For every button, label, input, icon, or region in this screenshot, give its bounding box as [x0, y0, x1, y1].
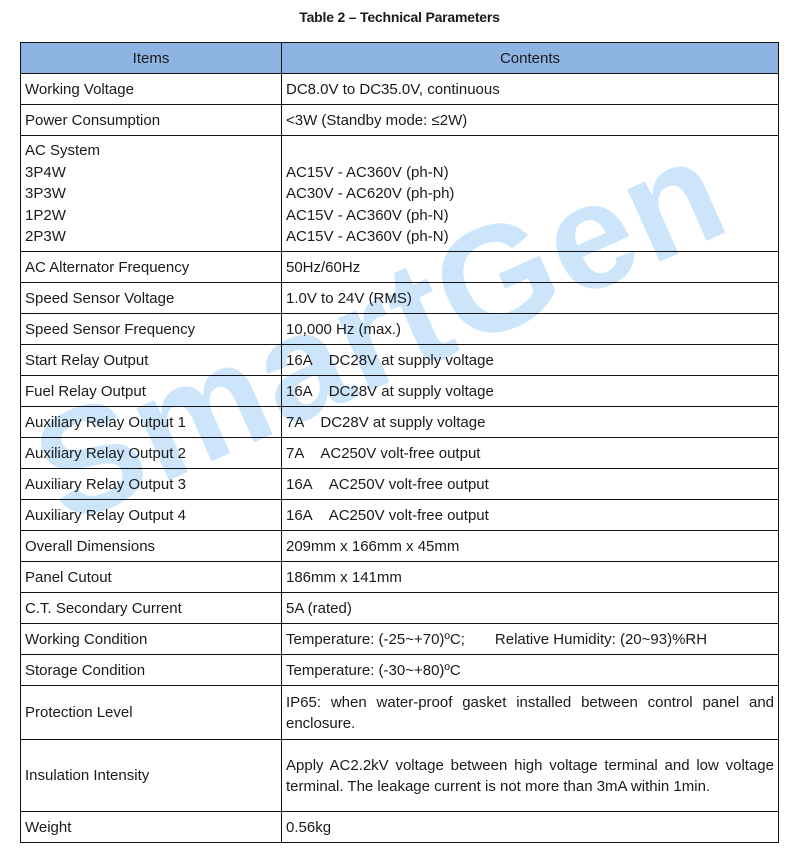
table-row: Weight 0.56kg	[21, 812, 779, 843]
table-row: Auxiliary Relay Output 4 16AAC250V volt-…	[21, 500, 779, 531]
content-cell: 7ADC28V at supply voltage	[282, 407, 779, 438]
content-cell: 16AAC250V volt-free output	[282, 469, 779, 500]
rating: 16A	[286, 352, 313, 369]
content-cell: DC8.0V to DC35.0V, continuous	[282, 74, 779, 105]
rating-detail: DC28V at supply voltage	[329, 352, 494, 369]
technical-parameters-table: Items Contents Working Voltage DC8.0V to…	[20, 42, 779, 843]
content-cell: 16ADC28V at supply voltage	[282, 376, 779, 407]
content-cell: AC15V - AC360V (ph-N) AC30V - AC620V (ph…	[282, 136, 779, 252]
item-cell: Auxiliary Relay Output 4	[21, 500, 282, 531]
sub-item: 3P4W	[25, 162, 277, 184]
content-cell: 16AAC250V volt-free output	[282, 500, 779, 531]
table-row: Panel Cutout 186mm x 141mm	[21, 562, 779, 593]
item-cell: Auxiliary Relay Output 1	[21, 407, 282, 438]
item-cell: Weight	[21, 812, 282, 843]
table-row: Insulation Intensity Apply AC2.2kV volta…	[21, 740, 779, 812]
item-cell: Power Consumption	[21, 105, 282, 136]
content-cell: 16ADC28V at supply voltage	[282, 345, 779, 376]
item-cell: Protection Level	[21, 686, 282, 740]
column-header-contents: Contents	[282, 43, 779, 74]
table-row: Storage Condition Temperature: (-30~+80)…	[21, 655, 779, 686]
sub-content: AC15V - AC360V (ph-N)	[286, 162, 774, 184]
temperature-range: Temperature: (-25~+70)ºC;	[286, 631, 465, 648]
content-cell: 1.0V to 24V (RMS)	[282, 283, 779, 314]
rating: 16A	[286, 507, 313, 524]
table-row: AC Alternator Frequency 50Hz/60Hz	[21, 252, 779, 283]
table-header-row: Items Contents	[21, 43, 779, 74]
item-cell: Panel Cutout	[21, 562, 282, 593]
item-cell: Speed Sensor Frequency	[21, 314, 282, 345]
table-row: Protection Level IP65: when water-proof …	[21, 686, 779, 740]
table-row: Overall Dimensions 209mm x 166mm x 45mm	[21, 531, 779, 562]
item-cell: Working Condition	[21, 624, 282, 655]
sub-item: 3P3W	[25, 183, 277, 205]
table-row: Auxiliary Relay Output 3 16AAC250V volt-…	[21, 469, 779, 500]
column-header-items: Items	[21, 43, 282, 74]
content-cell: 50Hz/60Hz	[282, 252, 779, 283]
table-row: Start Relay Output 16ADC28V at supply vo…	[21, 345, 779, 376]
rating-detail: AC250V volt-free output	[329, 507, 489, 524]
content-cell: IP65: when water-proof gasket installed …	[282, 686, 779, 740]
sub-content: AC30V - AC620V (ph-ph)	[286, 183, 774, 205]
table-row: Working Voltage DC8.0V to DC35.0V, conti…	[21, 74, 779, 105]
item-cell: Overall Dimensions	[21, 531, 282, 562]
item-cell: Insulation Intensity	[21, 740, 282, 812]
item-cell: Speed Sensor Voltage	[21, 283, 282, 314]
table-row: Power Consumption <3W (Standby mode: ≤2W…	[21, 105, 779, 136]
content-cell: <3W (Standby mode: ≤2W)	[282, 105, 779, 136]
item-cell: AC System 3P4W 3P3W 1P2W 2P3W	[21, 136, 282, 252]
content-cell: 7AAC250V volt-free output	[282, 438, 779, 469]
sub-item: 1P2W	[25, 205, 277, 227]
rating-detail: DC28V at supply voltage	[320, 414, 485, 431]
sub-content: AC15V - AC360V (ph-N)	[286, 226, 774, 248]
table-row: Auxiliary Relay Output 1 7ADC28V at supp…	[21, 407, 779, 438]
item-cell: Working Voltage	[21, 74, 282, 105]
content-cell: Apply AC2.2kV voltage between high volta…	[282, 740, 779, 812]
item-cell: C.T. Secondary Current	[21, 593, 282, 624]
table-title: Table 2 – Technical Parameters	[0, 9, 799, 25]
rating: 7A	[286, 414, 304, 431]
item-label: AC System	[25, 140, 277, 162]
rating-detail: AC250V volt-free output	[320, 445, 480, 462]
rating-detail: AC250V volt-free output	[329, 476, 489, 493]
sub-item: 2P3W	[25, 226, 277, 248]
humidity-range: Relative Humidity: (20~93)%RH	[495, 631, 707, 648]
table-row: Working Condition Temperature: (-25~+70)…	[21, 624, 779, 655]
rating: 16A	[286, 476, 313, 493]
item-cell: Start Relay Output	[21, 345, 282, 376]
rating: 7A	[286, 445, 304, 462]
rating-detail: DC28V at supply voltage	[329, 383, 494, 400]
item-cell: AC Alternator Frequency	[21, 252, 282, 283]
table-row: Auxiliary Relay Output 2 7AAC250V volt-f…	[21, 438, 779, 469]
table-row: Speed Sensor Frequency 10,000 Hz (max.)	[21, 314, 779, 345]
table-row: Fuel Relay Output 16ADC28V at supply vol…	[21, 376, 779, 407]
sub-content: AC15V - AC360V (ph-N)	[286, 205, 774, 227]
content-cell: 186mm x 141mm	[282, 562, 779, 593]
content-cell: 209mm x 166mm x 45mm	[282, 531, 779, 562]
content-cell: 10,000 Hz (max.)	[282, 314, 779, 345]
item-cell: Auxiliary Relay Output 3	[21, 469, 282, 500]
item-cell: Storage Condition	[21, 655, 282, 686]
content-cell: Temperature: (-25~+70)ºC;Relative Humidi…	[282, 624, 779, 655]
content-cell: Temperature: (-30~+80)ºC	[282, 655, 779, 686]
item-cell: Auxiliary Relay Output 2	[21, 438, 282, 469]
content-cell: 0.56kg	[282, 812, 779, 843]
content-cell: 5A (rated)	[282, 593, 779, 624]
item-cell: Fuel Relay Output	[21, 376, 282, 407]
table-row: AC System 3P4W 3P3W 1P2W 2P3W AC15V - AC…	[21, 136, 779, 252]
table-row: Speed Sensor Voltage 1.0V to 24V (RMS)	[21, 283, 779, 314]
rating: 16A	[286, 383, 313, 400]
table-row: C.T. Secondary Current 5A (rated)	[21, 593, 779, 624]
